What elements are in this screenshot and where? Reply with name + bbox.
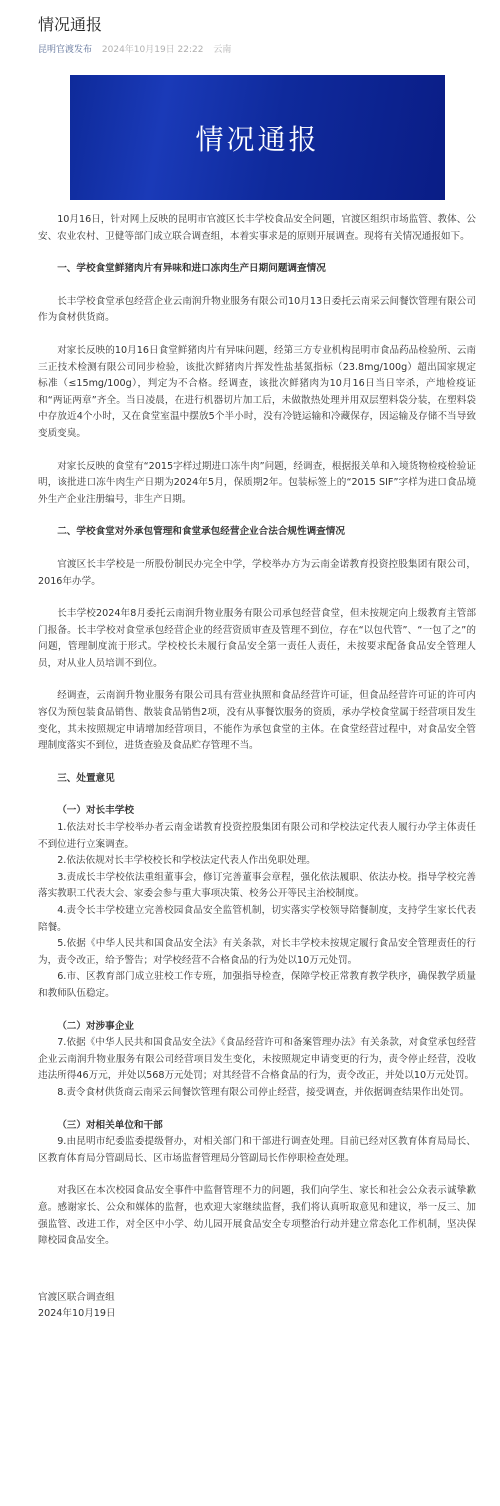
list-item: 4.责令长丰学校建立完善校园食品安全监管机制，切实落实学校领导陪餐制度，支持学生… [38, 903, 476, 936]
list-item: 3.责成长丰学校依法重组董事会，修订完善董事会章程，强化依法履职、依法办校。指导… [38, 870, 476, 903]
paragraph: 对家长反映的食堂有“2015字样过期进口冻牛肉”问题，经调查，根据报关单和入境货… [38, 459, 476, 509]
list-item: 6.市、区教育部门成立驻校工作专班，加强指导检查，保障学校正常教育教学秩序，确保… [38, 969, 476, 1002]
list-item: 1.依法对长丰学校举办者云南金诺教育投资控股集团有限公司和学校法定代表人履行办学… [38, 820, 476, 853]
article-meta: 昆明官渡发布 2024年10月19日 22:22 云南 [38, 42, 238, 55]
banner-text: 情况通报 [195, 118, 319, 158]
paragraph: 长丰学校食堂承包经营企业云南润升物业服务有限公司10月13日委托云南采云间餐饮管… [38, 294, 476, 327]
signature-date: 2024年10月19日 [38, 1306, 476, 1323]
article-title: 情况通报 [38, 12, 102, 35]
list-item: 5.依据《中华人民共和国食品安全法》有关条款，对长丰学校未按规定履行食品安全管理… [38, 936, 476, 969]
list-item: 8.责令食材供货商云南采云间餐饮管理有限公司停止经营，接受调查，并依据调查结果作… [38, 1085, 476, 1102]
banner-image: 情况通报 [70, 75, 445, 200]
subsection-heading-2: （二）对涉事企业 [38, 1019, 476, 1036]
paragraph: 经调查，云南润升物业服务有限公司具有营业执照和食品经营许可证，但食品经营许可证的… [38, 688, 476, 754]
section-heading-2: 二、学校食堂对外承包管理和食堂承包经营企业合法合规性调查情况 [38, 524, 476, 541]
list-item: 9.由昆明市纪委监委提级督办，对相关部门和干部进行调查处理。目前已经对区教育体育… [38, 1134, 476, 1167]
section-heading-1: 一、学校食堂鲜猪肉片有异味和进口冻肉生产日期问题调查情况 [38, 261, 476, 278]
signature-block: 官渡区联合调查组 2024年10月19日 [38, 1290, 476, 1323]
subsection-heading-1: （一）对长丰学校 [38, 803, 476, 820]
article-body: 10月16日，针对网上反映的昆明市官渡区长丰学校食品安全问题，官渡区组织市场监管… [38, 212, 476, 1323]
publish-location: 云南 [213, 45, 231, 55]
section-heading-3: 三、处置意见 [38, 771, 476, 788]
paragraph: 对家长反映的10月16日食堂鲜猪肉片有异味问题，经第三方专业机构昆明市食品药品检… [38, 343, 476, 443]
list-item: 7.依据《中华人民共和国食品安全法》《食品经营许可和备案管理办法》有关条款，对食… [38, 1035, 476, 1085]
intro-paragraph: 10月16日，针对网上反映的昆明市官渡区长丰学校食品安全问题，官渡区组织市场监管… [38, 212, 476, 245]
list-item: 2.依法依规对长丰学校校长和学校法定代表人作出免职处理。 [38, 853, 476, 870]
source-account-link[interactable]: 昆明官渡发布 [38, 45, 92, 55]
subsection-heading-3: （三）对相关单位和干部 [38, 1118, 476, 1135]
publish-datetime: 2024年10月19日 22:22 [102, 45, 204, 55]
paragraph: 长丰学校2024年8月委托云南润升物业服务有限公司承包经营食堂，但未按规定向上级… [38, 606, 476, 672]
signature-org: 官渡区联合调查组 [38, 1290, 476, 1307]
closing-paragraph: 对我区在本次校园食品安全事件中监督管理不力的问题，我们向学生、家长和社会公众表示… [38, 1183, 476, 1249]
paragraph: 官渡区长丰学校是一所股份制民办完全中学，学校举办方为云南金诺教育投资控股集团有限… [38, 557, 476, 590]
